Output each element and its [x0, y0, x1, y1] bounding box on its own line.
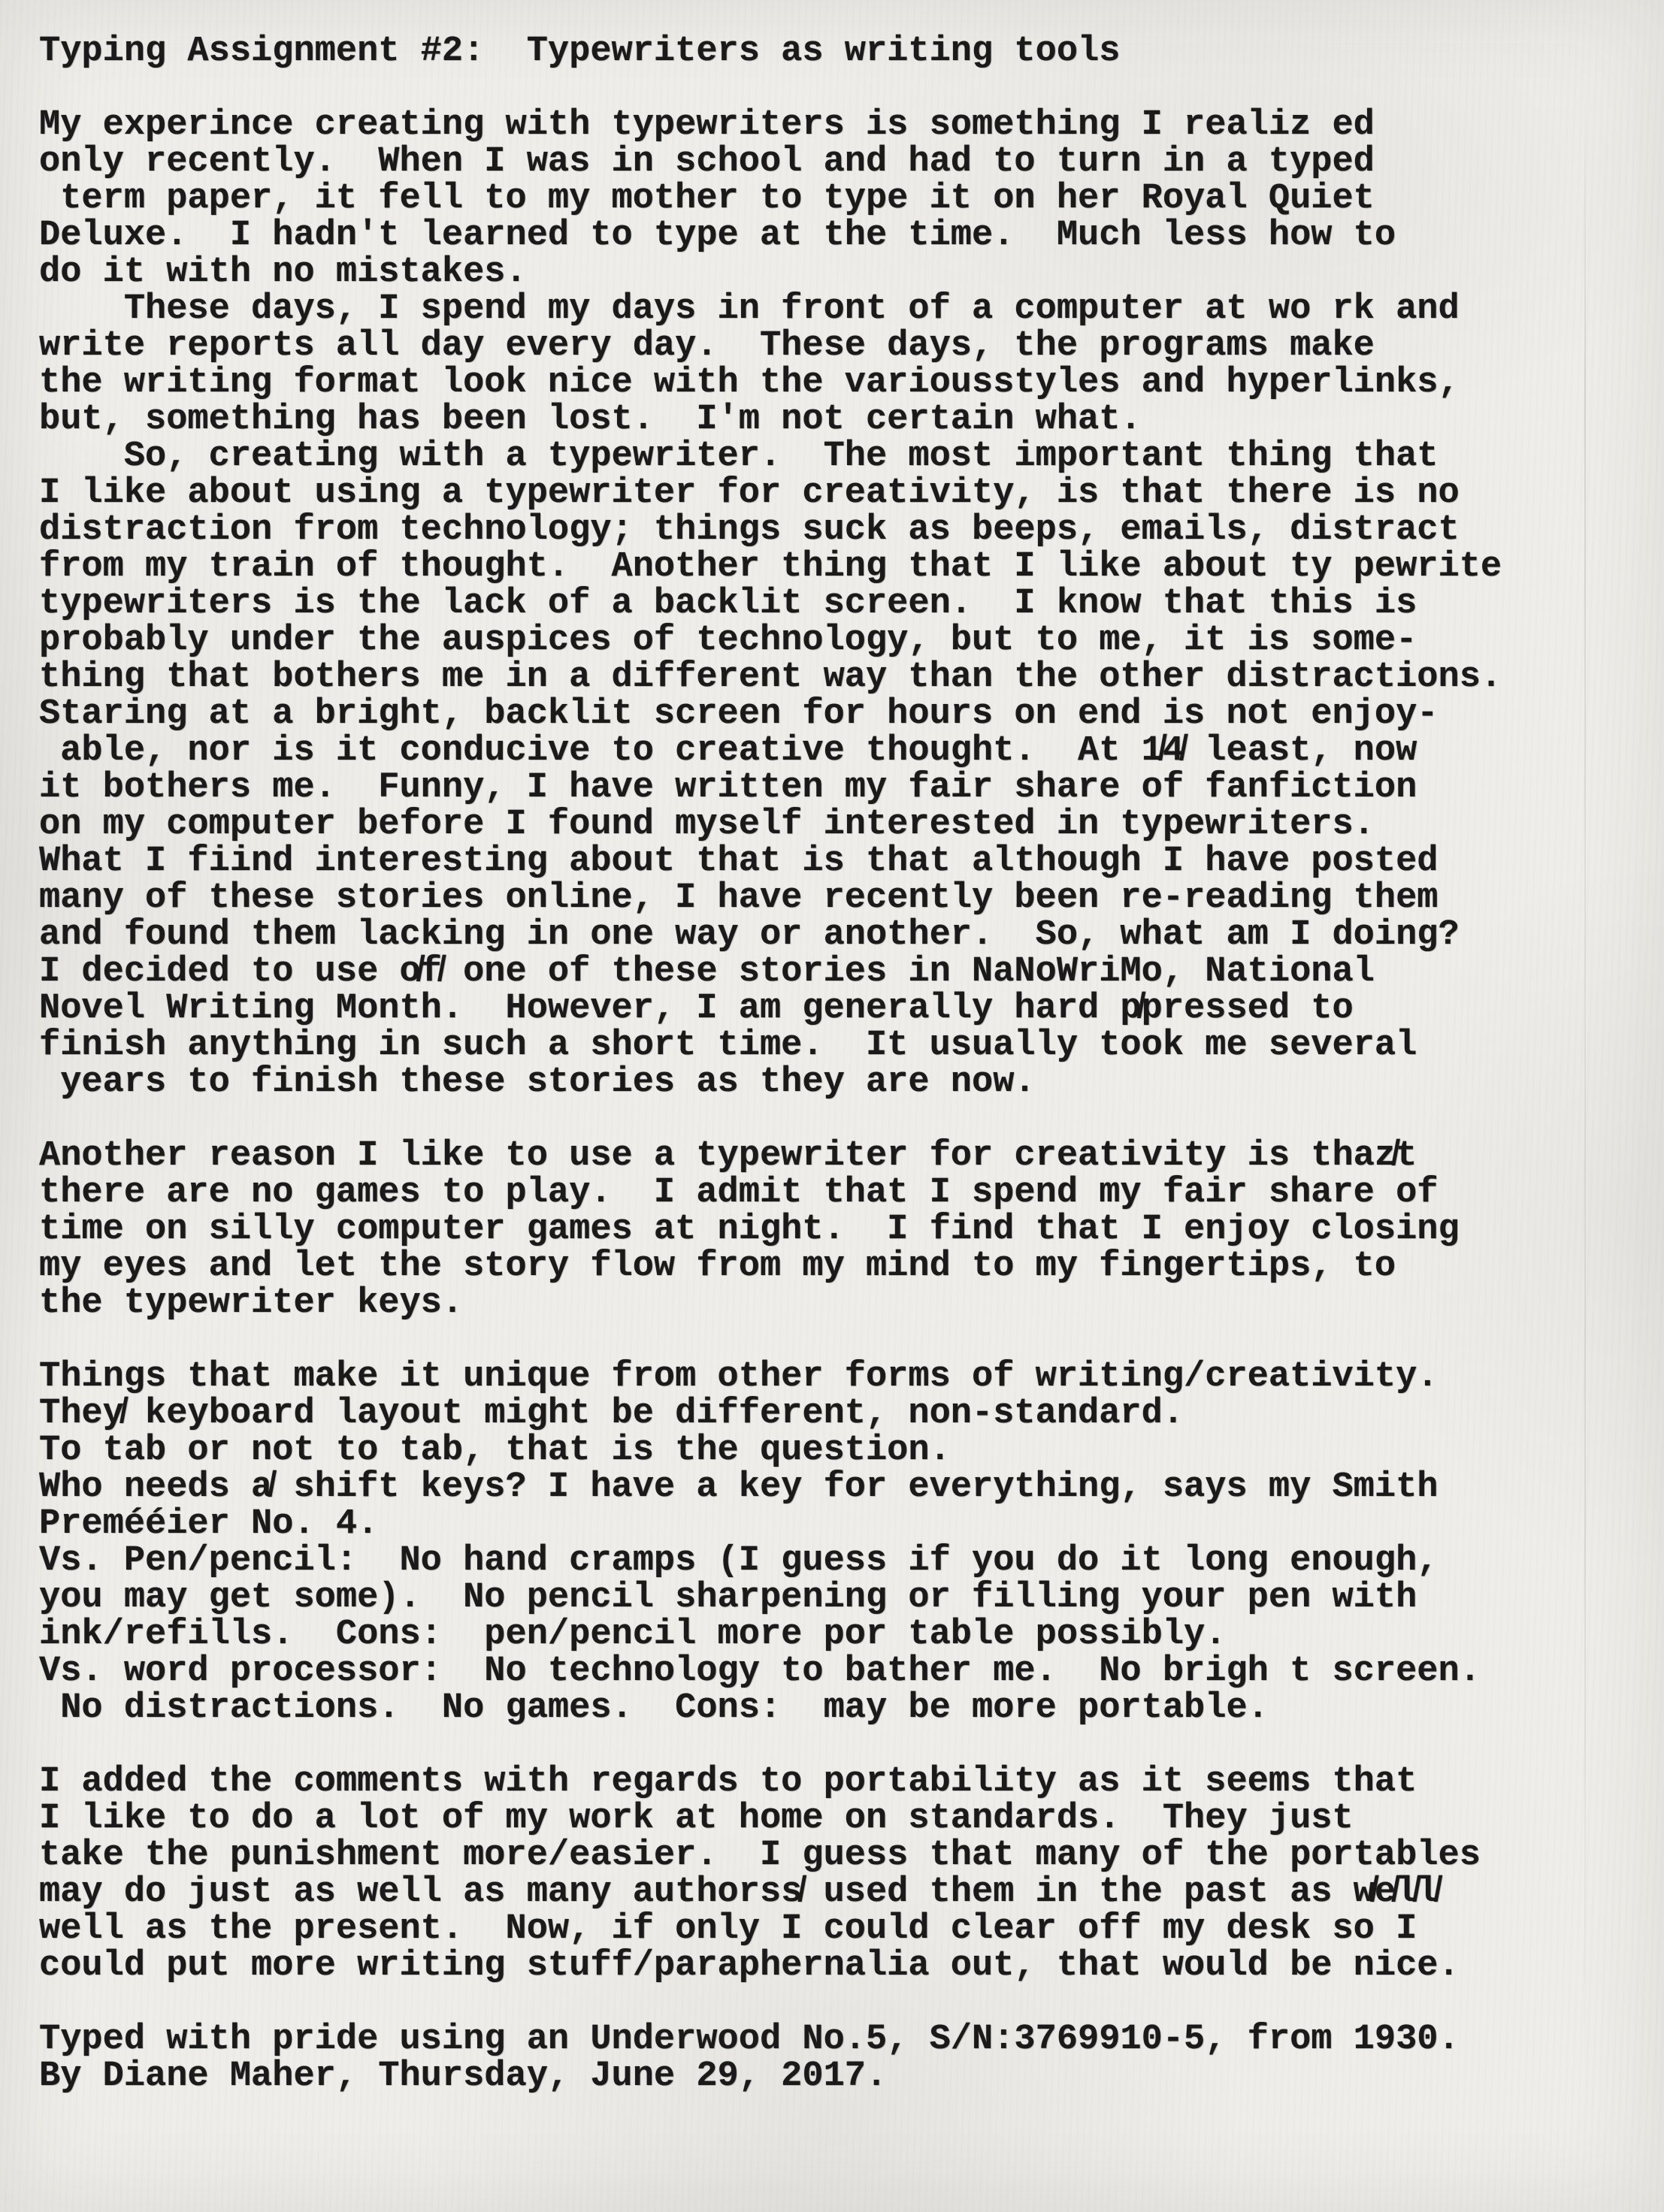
text-line: [39, 1322, 1664, 1358]
text-line: I like about using a typewriter for crea…: [39, 475, 1664, 512]
text-line: the typewriter keys.: [39, 1285, 1664, 1322]
text-line: [39, 1727, 1664, 1763]
text-line: well as the present. Now, if only I coul…: [39, 1911, 1664, 1948]
text-line: typewriters is the lack of a backlit scr…: [39, 585, 1664, 622]
text-line: many of these stories online, I have rec…: [39, 880, 1664, 917]
text-line: could put more writing stuff/paraphernal…: [39, 1948, 1664, 1984]
text-line: Who needs a̸ shift keys? I have a key fo…: [39, 1469, 1664, 1506]
text-line: time on silly computer games at night. I…: [39, 1211, 1664, 1248]
text-line: Things that make it unique from other fo…: [39, 1358, 1664, 1395]
text-line: and found them lacking in one way or ano…: [39, 917, 1664, 953]
text-line: probably under the auspices of technolog…: [39, 622, 1664, 659]
text-line: They̸ keyboard layout might be different…: [39, 1395, 1664, 1432]
text-line: My experince creating with typewriters i…: [39, 107, 1664, 144]
text-line: To tab or not to tab, that is the questi…: [39, 1432, 1664, 1469]
text-line: [39, 1984, 1664, 2021]
text-line: may do just as well as many authorss̸ us…: [39, 1874, 1664, 1911]
text-line: take the punishment more/easier. I guess…: [39, 1837, 1664, 1874]
text-line: I like to do a lot of my work at home on…: [39, 1800, 1664, 1837]
text-line: only recently. When I was in school and …: [39, 144, 1664, 180]
text-line: Another reason I like to use a typewrite…: [39, 1138, 1664, 1174]
text-line: What I fiind interesting about that is t…: [39, 843, 1664, 880]
text-line: Staring at a bright, backlit screen for …: [39, 696, 1664, 733]
text-line: it bothers me. Funny, I have written my …: [39, 769, 1664, 806]
text-line: Typed with pride using an Underwood No.5…: [39, 2021, 1664, 2058]
text-line: I decided to use o̸f̸ one of these stori…: [39, 953, 1664, 990]
text-line: Premééier No. 4.: [39, 1506, 1664, 1543]
text-line: Deluxe. I hadn't learned to type at the …: [39, 217, 1664, 254]
typed-page: Typing Assignment #2: Typewriters as wri…: [0, 0, 1664, 2212]
text-line: No distractions. No games. Cons: may be …: [39, 1690, 1664, 1727]
document-title: Typing Assignment #2: Typewriters as wri…: [39, 33, 1664, 70]
text-line: do it with no mistakes.: [39, 254, 1664, 291]
text-line: from my train of thought. Another thing …: [39, 548, 1664, 585]
paper-crease: [1584, 0, 1586, 2212]
text-line: there are no games to play. I admit that…: [39, 1174, 1664, 1211]
document-body: My experince creating with typewriters i…: [39, 70, 1664, 2095]
text-line: years to finish these stories as they ar…: [39, 1064, 1664, 1101]
text-line: ink/refills. Cons: pen/pencil more por t…: [39, 1616, 1664, 1653]
text-line: term paper, it fell to my mother to type…: [39, 180, 1664, 217]
text-line: So, creating with a typewriter. The most…: [39, 438, 1664, 475]
text-line: [39, 70, 1664, 107]
text-line: thing that bothers me in a different way…: [39, 659, 1664, 696]
text-line: Vs. Pen/pencil: No hand cramps (I guess …: [39, 1543, 1664, 1579]
text-line: but, something has been lost. I'm not ce…: [39, 401, 1664, 438]
text-line: distraction from technology; things suck…: [39, 512, 1664, 548]
text-line: Novel Writing Month. However, I am gener…: [39, 990, 1664, 1027]
text-line: I added the comments with regards to por…: [39, 1763, 1664, 1800]
text-line: finish anything in such a short time. It…: [39, 1027, 1664, 1064]
text-line: [39, 1101, 1664, 1138]
text-line: on my computer before I found myself int…: [39, 806, 1664, 843]
text-line: write reports all day every day. These d…: [39, 328, 1664, 364]
text-line: the writing format look nice with the va…: [39, 364, 1664, 401]
text-line: These days, I spend my days in front of …: [39, 291, 1664, 328]
text-line: By Diane Maher, Thursday, June 29, 2017.: [39, 2058, 1664, 2095]
text-line: able, nor is it conducive to creative th…: [39, 733, 1664, 769]
text-line: Vs. word processor: No technology to bat…: [39, 1653, 1664, 1690]
text-line: you may get some). No pencil sharpening …: [39, 1579, 1664, 1616]
text-line: my eyes and let the story flow from my m…: [39, 1248, 1664, 1285]
